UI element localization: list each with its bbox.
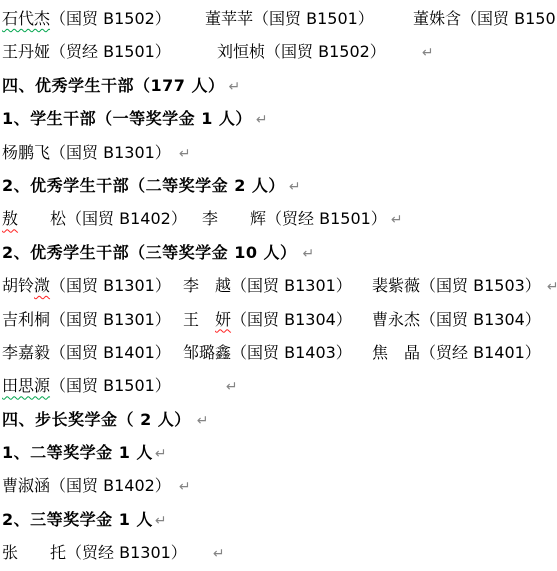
student-entry: 田思源（国贸 B1501）↵ — [2, 376, 557, 405]
class-code: （国贸 B1403） — [231, 343, 352, 362]
section-heading: 1、学生干部（一等奖学金 1 人） — [2, 109, 252, 128]
class-code: （国贸 B1301） — [50, 310, 171, 329]
paragraph-mark-icon: ↵ — [197, 413, 209, 429]
student-name: 董姝含 — [413, 9, 461, 28]
paragraph-mark-icon: ↵ — [213, 546, 225, 562]
student-entry: 李嘉毅（国贸 B1401） — [2, 343, 183, 372]
paragraph-mark-icon: ↵ — [256, 112, 268, 128]
heading-row: 2、优秀学生干部（二等奖学金 2 人）↵ — [2, 172, 557, 205]
class-code: （贸经 B1501） — [50, 42, 171, 61]
student-name: 妍 — [215, 310, 231, 329]
class-code: （国贸 B1301） — [50, 143, 171, 162]
section-heading: 2、优秀学生干部（三等奖学金 10 人） — [2, 243, 297, 262]
class-code: （国贸 B1402） — [50, 476, 171, 495]
student-entry: 李 越（国贸 B1301） — [183, 276, 372, 305]
student-entry: 李 辉（贸经 B1501）↵ — [202, 209, 557, 238]
student-name: 溦 — [34, 276, 50, 295]
class-code: （国贸 B1301） — [231, 276, 352, 295]
entry-row: 张 托（贸经 B1301）↵ — [2, 539, 557, 571]
student-name: 张 托 — [2, 543, 66, 562]
student-name: 王丹娅 — [2, 42, 50, 61]
student-name: 敖 — [2, 209, 18, 228]
entry-row: 李嘉毅（国贸 B1401） 邹璐鑫（国贸 B1403） 焦 晶（贸经 B1401… — [2, 339, 557, 372]
student-entry: 刘恒桢（国贸 B1502）↵ — [217, 42, 557, 71]
student-entry: 杨鹏飞（国贸 B1301）↵ — [2, 143, 557, 172]
student-entry: 曹淑涵（国贸 B1402）↵ — [2, 476, 557, 505]
paragraph-mark-icon: ↵ — [179, 479, 191, 495]
entry-row: 田思源（国贸 B1501）↵ — [2, 372, 557, 405]
student-name: 焦 晶 — [372, 343, 420, 362]
heading-row: 四、优秀学生干部（177 人）↵ — [2, 72, 557, 105]
heading-row: 四、步长奖学金（ 2 人）↵ — [2, 406, 557, 439]
entry-row: 杨鹏飞（国贸 B1301）↵ — [2, 139, 557, 172]
class-code: （国贸 B1501） — [253, 9, 374, 28]
paragraph-mark-icon: ↵ — [547, 279, 557, 295]
student-entry: 王 妍（国贸 B1304） — [183, 310, 372, 339]
student-name: 董苹苹 — [205, 9, 253, 28]
heading-row: 1、学生干部（一等奖学金 1 人）↵ — [2, 105, 557, 138]
class-code: （国贸 B1401） — [50, 343, 171, 362]
class-code: （国贸 B1502） — [265, 42, 386, 61]
student-entry: 董苹苹（国贸 B1501） — [205, 9, 413, 38]
student-name: 李 越 — [183, 276, 231, 295]
student-name: 田思源 — [2, 376, 50, 395]
student-entry: 吉利桐（国贸 B1301） — [2, 310, 183, 339]
class-code: （国贸 B1502） — [50, 9, 171, 28]
student-name: 李嘉毅 — [2, 343, 50, 362]
student-entry: 张 托（贸经 B1301）↵ — [2, 543, 557, 571]
student-name: 王 — [183, 310, 215, 329]
class-code: （国贸 B1304） — [420, 310, 541, 329]
entry-row: 石代杰（国贸 B1502） 董苹苹（国贸 B1501） 董姝含（国贸 B1501… — [2, 5, 557, 38]
student-entry: 王丹娅（贸经 B1501） — [2, 42, 217, 71]
student-entry: 焦 晶（贸经 B1401） — [372, 343, 557, 372]
paragraph-mark-icon: ↵ — [155, 446, 167, 462]
student-name: 曹永杰 — [372, 310, 420, 329]
heading-row: 1、二等奖学金 1 人↵ — [2, 439, 557, 472]
student-entry: 邹璐鑫（国贸 B1403） — [183, 343, 372, 372]
paragraph-mark-icon: ↵ — [303, 246, 315, 262]
paragraph-mark-icon: ↵ — [155, 513, 167, 529]
document-page[interactable]: 石代杰（国贸 B1502） 董苹苹（国贸 B1501） 董姝含（国贸 B1501… — [0, 0, 557, 571]
paragraph-mark-icon: ↵ — [422, 45, 434, 61]
student-name: 松 — [18, 209, 66, 228]
heading-row: 2、优秀学生干部（三等奖学金 10 人）↵ — [2, 239, 557, 272]
entry-row: 曹淑涵（国贸 B1402）↵ — [2, 472, 557, 505]
paragraph-mark-icon: ↵ — [391, 212, 403, 228]
section-heading: 1、二等奖学金 1 人 — [2, 443, 153, 462]
paragraph-mark-icon: ↵ — [179, 146, 191, 162]
student-name: 石代杰 — [2, 9, 50, 28]
class-code: （国贸 B1503） — [420, 276, 541, 295]
student-entry: 敖 松（国贸 B1402） — [2, 209, 202, 238]
student-name: 胡铃 — [2, 276, 34, 295]
entry-row: 王丹娅（贸经 B1501） 刘恒桢（国贸 B1502）↵ — [2, 38, 557, 71]
class-code: （国贸 B1304） — [231, 310, 352, 329]
entry-row: 敖 松（国贸 B1402） 李 辉（贸经 B1501）↵ — [2, 205, 557, 238]
student-entry: 裴紫薇（国贸 B1503）↵ — [372, 276, 557, 305]
paragraph-mark-icon: ↵ — [226, 379, 238, 395]
student-entry: 曹永杰（国贸 B1304） — [372, 310, 557, 339]
student-name: 曹淑涵 — [2, 476, 50, 495]
paragraph-mark-icon: ↵ — [289, 179, 301, 195]
student-entry: 董姝含（国贸 B1501） — [413, 9, 557, 38]
student-entry: 石代杰（国贸 B1502） — [2, 9, 205, 38]
section-heading: 四、优秀学生干部（177 人） — [2, 76, 224, 95]
student-name: 刘恒桢 — [217, 42, 265, 61]
section-heading: 2、优秀学生干部（二等奖学金 2 人） — [2, 176, 285, 195]
student-name: 吉利桐 — [2, 310, 50, 329]
student-entry: 胡铃溦（国贸 B1301） — [2, 276, 183, 305]
student-name: 李 辉 — [202, 209, 266, 228]
entry-row: 胡铃溦（国贸 B1301） 李 越（国贸 B1301） 裴紫薇（国贸 B1503… — [2, 272, 557, 305]
class-code: （贸经 B1501） — [266, 209, 387, 228]
student-name: 杨鹏飞 — [2, 143, 50, 162]
section-heading: 2、三等奖学金 1 人 — [2, 510, 153, 529]
class-code: （国贸 B1501） — [50, 376, 171, 395]
paragraph-mark-icon: ↵ — [228, 79, 240, 95]
student-name: 邹璐鑫 — [183, 343, 231, 362]
class-code: （国贸 B1301） — [50, 276, 171, 295]
section-heading: 四、步长奖学金（ 2 人） — [2, 410, 191, 429]
heading-row: 2、三等奖学金 1 人↵ — [2, 506, 557, 539]
class-code: （国贸 B1501） — [461, 9, 557, 28]
class-code: （贸经 B1401） — [420, 343, 541, 362]
class-code: （国贸 B1402） — [66, 209, 187, 228]
student-name: 裴紫薇 — [372, 276, 420, 295]
entry-row: 吉利桐（国贸 B1301） 王 妍（国贸 B1304） 曹永杰（国贸 B1304… — [2, 306, 557, 339]
class-code: （贸经 B1301） — [66, 543, 187, 562]
